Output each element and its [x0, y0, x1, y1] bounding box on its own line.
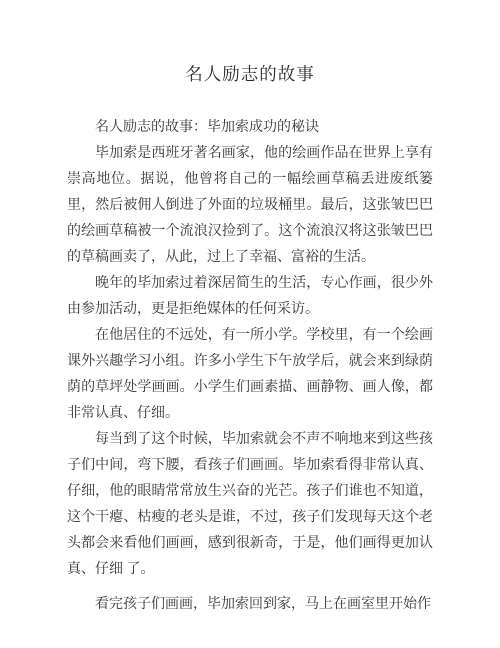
paragraph: 看完孩子们画画，毕加索回到家，马上在画室里开始作 [67, 592, 433, 618]
paragraph: 毕加索是西班牙著名画家，他的绘画作品在世界上享有崇高地位。据说，他曾将自己的一幅… [67, 141, 433, 271]
paragraph: 每当到了这个时候，毕加索就会不声不响地来到这些孩子们中间，弯下腰，看孩子们画画。… [67, 427, 433, 583]
paragraph: 在他居住的不远处，有一所小学。学校里，有一个绘画课外兴趣学习小组。许多小学生下午… [67, 323, 433, 427]
paragraph: 晚年的毕加索过着深居简生的生活，专心作画，很少外由参加活动，更是拒绝媒体的任何采… [67, 271, 433, 323]
document-body: 名人励志的故事：毕加索成功的秘诀 毕加索是西班牙著名画家，他的绘画作品在世界上享… [67, 115, 433, 618]
document-page: 名人励志的故事 名人励志的故事：毕加索成功的秘诀 毕加索是西班牙著名画家，他的绘… [0, 0, 500, 648]
document-title: 名人励志的故事 [0, 62, 500, 86]
paragraph-subtitle: 名人励志的故事：毕加索成功的秘诀 [67, 115, 433, 141]
